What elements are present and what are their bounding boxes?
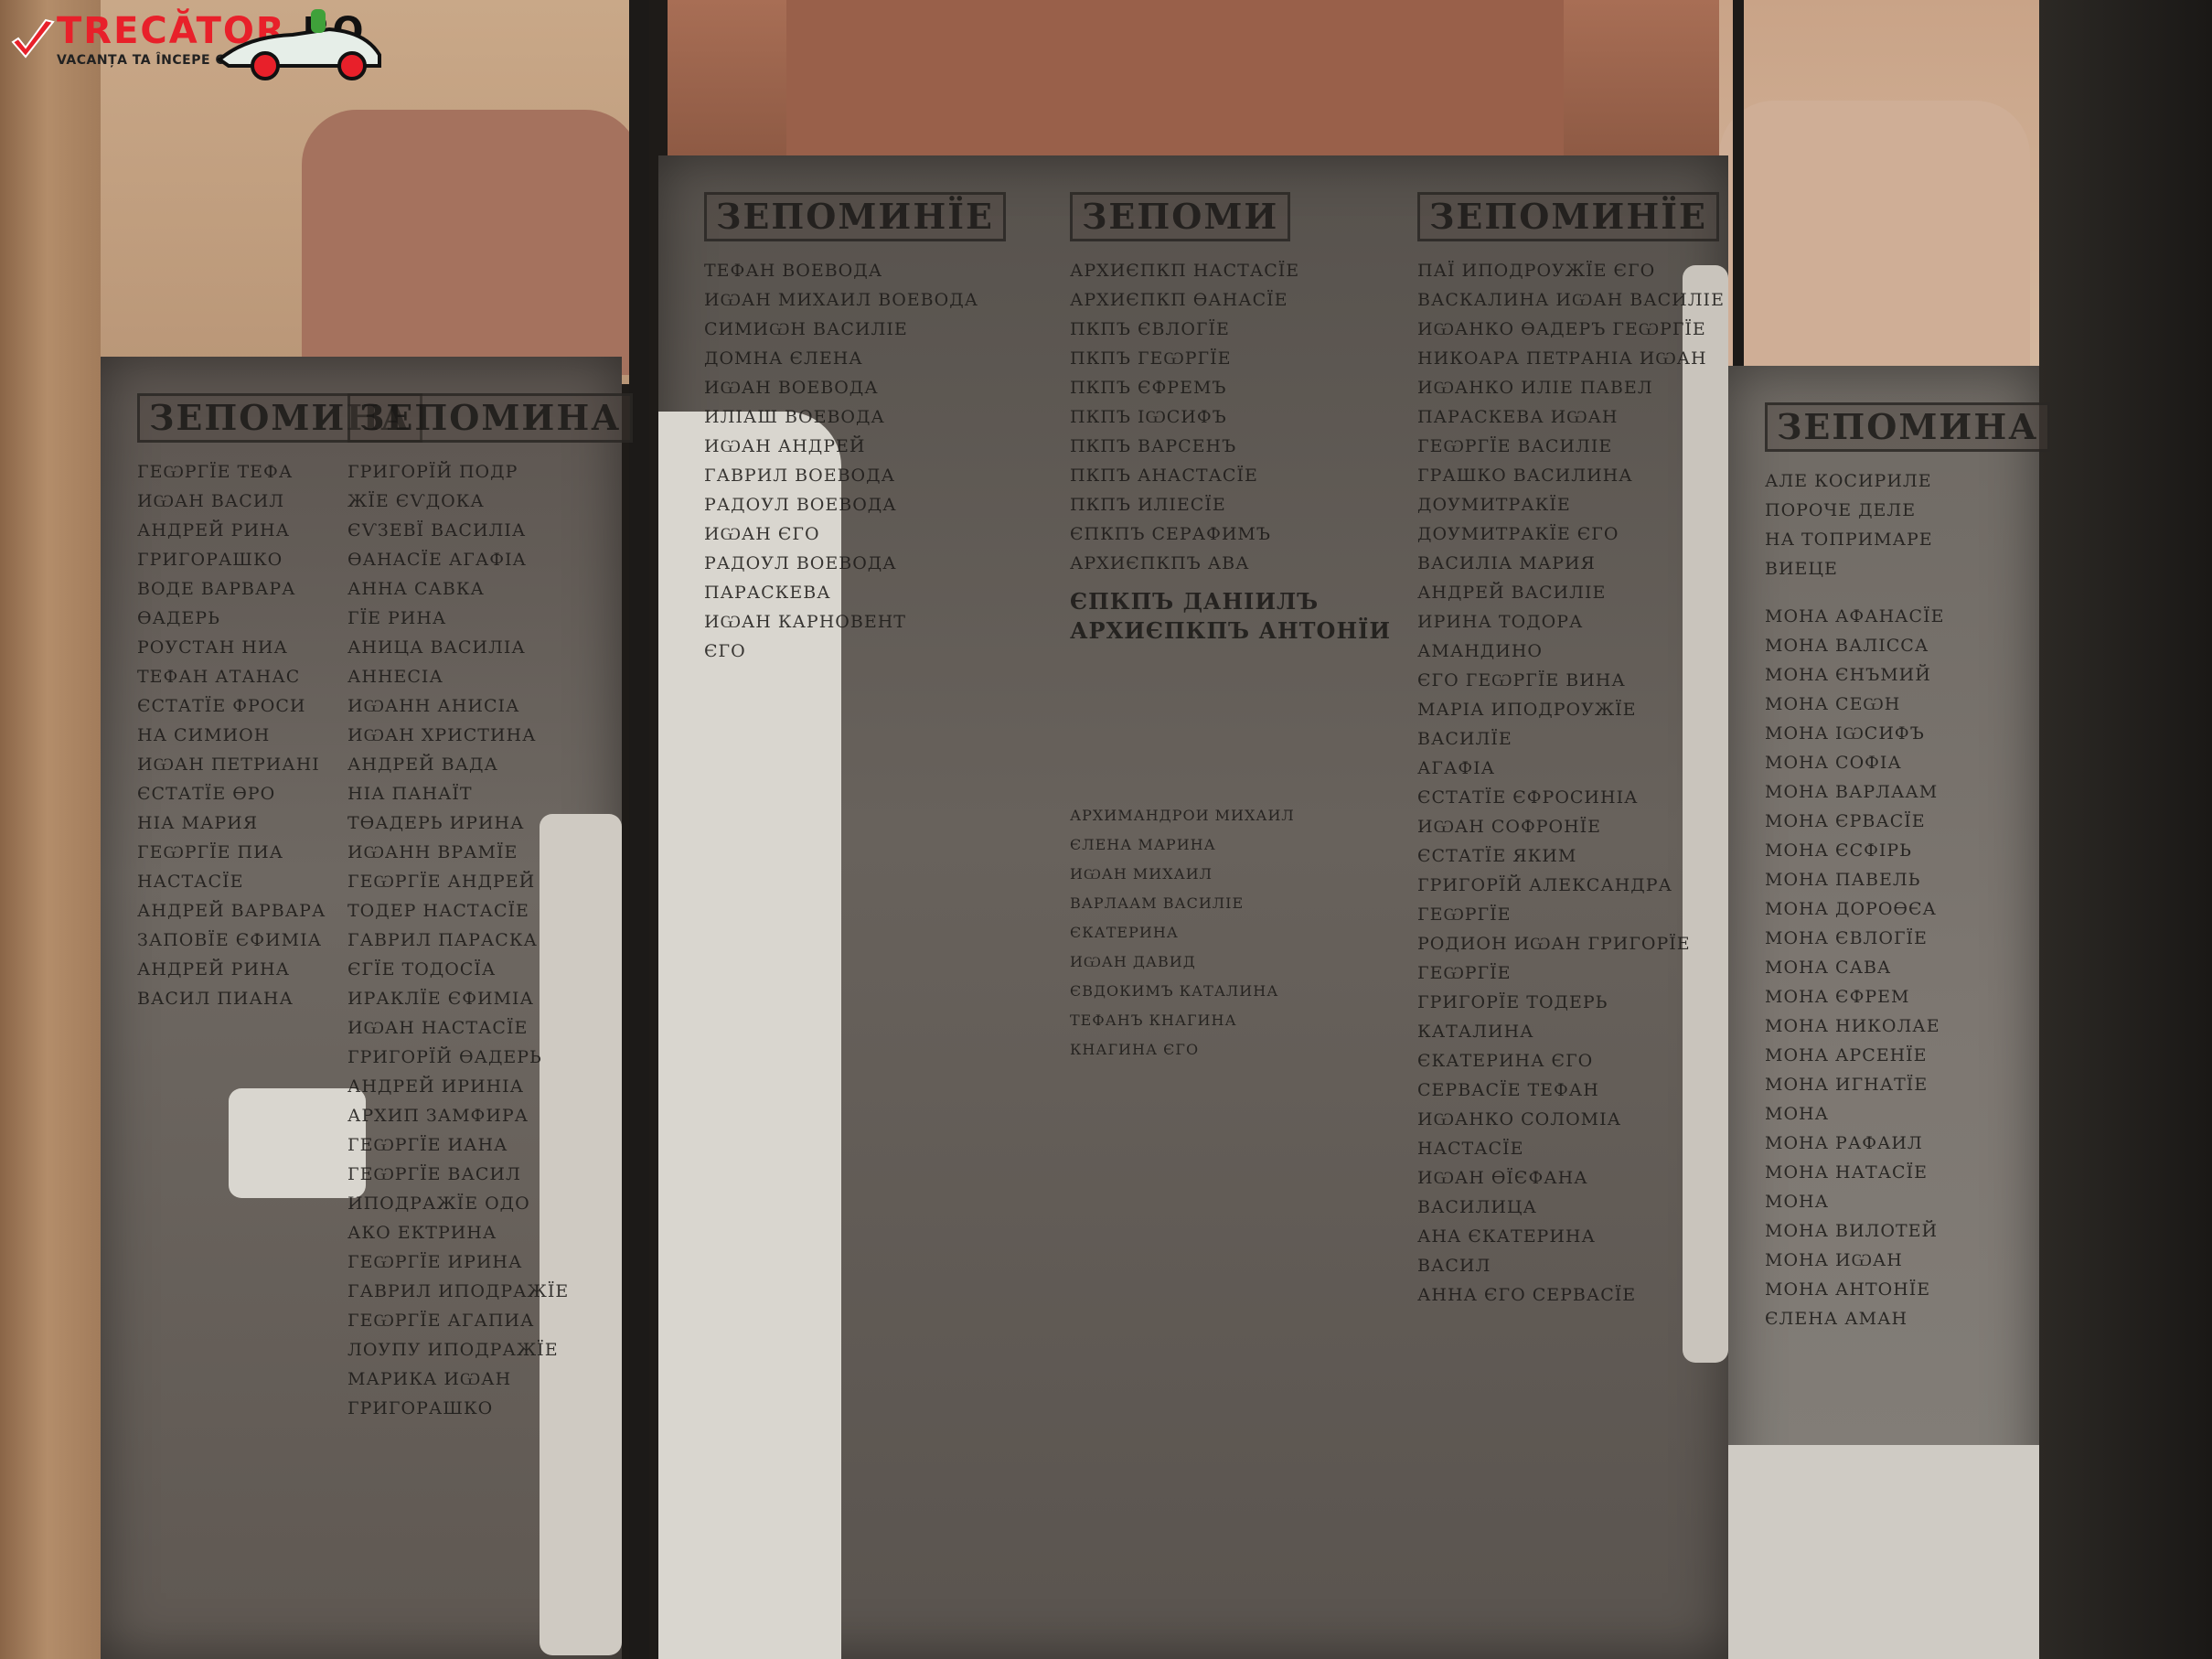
manuscript-line: ЄГО ГЕѠРГЇЕ ВИНА xyxy=(1417,666,1725,695)
manuscript-line: АНДРЕЙ ВАСИЛІЕ xyxy=(1417,578,1725,607)
manuscript-line: АЛЕ КОСИРИЛЕ xyxy=(1765,466,2050,496)
arch-ornament-center xyxy=(786,0,1564,155)
manuscript-line: АРХИМАНДРОИ МИХАИЛ xyxy=(1070,801,1391,830)
manuscript-line: СИМИѠН ВАСИЛІЕ xyxy=(704,315,1006,344)
manuscript-line: ИѠАНКО СОЛОМІА xyxy=(1417,1105,1725,1134)
manuscript-line: ГРИГОРЇЙ ѲАДЕРЬ xyxy=(347,1043,633,1072)
manuscript-line: МОНА АНТОНЇЕ xyxy=(1765,1275,2050,1304)
manuscript-line: ГЕѠРГЇЕ АНДРЕЙ xyxy=(347,867,633,896)
checkmark-icon xyxy=(9,16,57,64)
manuscript-line: АННЕСІА xyxy=(347,662,633,691)
manuscript-line: МОНА НАТАСЇЕ xyxy=(1765,1158,2050,1187)
manuscript-line: АРХИЄПКП НАСТАСЇЕ xyxy=(1070,256,1391,285)
manuscript-line: ЄВДОКИМЪ КАТАЛИНА xyxy=(1070,977,1391,1006)
manuscript-line: ЖЇЕ ЄѴДОКА xyxy=(347,487,633,516)
manuscript-line: ЄКАТЕРИНА xyxy=(1070,918,1391,947)
manuscript-line: ЄПКПЪ ДАНІИЛЪ xyxy=(1070,587,1391,616)
manuscript-line: МОНА ЄСФІРЬ xyxy=(1765,836,2050,865)
column-header: ЗЕПОМИНЇЕ xyxy=(1417,192,1719,241)
manuscript-line: СЕРВАСЇЕ ТЕФАН xyxy=(1417,1076,1725,1105)
manuscript-line: МОНА ЄРВАСЇЕ xyxy=(1765,807,2050,836)
manuscript-line: ГЕѠРГЇЕ xyxy=(1417,958,1725,988)
manuscript-line: ИѠАН НАСТАСЇЕ xyxy=(347,1013,633,1043)
manuscript-line: ИѠАН ѲЇЄФАНА xyxy=(1417,1163,1725,1193)
manuscript-line: КНАГИНА ЄГО xyxy=(1070,1035,1391,1065)
manuscript-line: ГЕѠРГЇЕ ВАСИЛІЕ xyxy=(1417,432,1725,461)
manuscript-line: ИѠАН МИХАИЛ ВОЕВОДА xyxy=(704,285,1006,315)
manuscript-line: АГАФІА xyxy=(1417,754,1725,783)
manuscript-line: МОНА ВАЛІССА xyxy=(1765,631,2050,660)
manuscript-line: ИѠАН ВОЕВОДА xyxy=(704,373,1006,402)
arch-ornament-left xyxy=(302,110,640,375)
manuscript-line: МОНА ЄНЪМИЙ xyxy=(1765,660,2050,690)
manuscript-line: ГЕѠРГЇЕ АГАПИА xyxy=(347,1306,633,1335)
manuscript-line: ТЕФАНЪ КНАГИНА xyxy=(1070,1006,1391,1035)
manuscript-line: РАДОУЛ ВОЕВОДА xyxy=(704,490,1006,519)
manuscript-line: МОНА СЕѠН xyxy=(1765,690,2050,719)
manuscript-line: АРХИЄПКП ѲАНАСЇЕ xyxy=(1070,285,1391,315)
manuscript-line: КАТАЛИНА xyxy=(1417,1017,1725,1046)
text-column-center-3: ЗЕПОМИНЇЕ ПАЇ ИПОДРОУЖЇЕ ЄГОВАСКАЛИНА ИѠ… xyxy=(1417,192,1725,1310)
manuscript-line: ИПОДРАЖЇЕ ОДО xyxy=(347,1189,633,1218)
paper-backing-bottom xyxy=(1728,1445,2039,1659)
manuscript-line: ИѠАН АНДРЕЙ xyxy=(704,432,1006,461)
manuscript-page-left: ЗЕПОМИНА ГЕѠРГЇЕ ТЕФАИѠАН ВАСИЛАНДРЕЙ РИ… xyxy=(101,357,622,1659)
manuscript-line: АРХИЄПКПЪ АНТОНЇИ xyxy=(1070,616,1391,646)
manuscript-line: ИѠАНКО ИЛІЕ ПАВЕЛ xyxy=(1417,373,1725,402)
manuscript-line: МОНА САВА xyxy=(1765,953,2050,982)
manuscript-line: ПКПЪ ІѠСИФЪ xyxy=(1070,402,1391,432)
text-column-left-b: ЗЕПОМИНА ГРИГОРЇЙ ПОДРЖЇЕ ЄѴДОКАЄѴЗЕВЇ В… xyxy=(347,393,633,1423)
manuscript-line: ИѠАН ДАВИД xyxy=(1070,947,1391,977)
manuscript-line: ГЕѠРГЇЕ ИРИНА xyxy=(347,1247,633,1277)
manuscript-line: ТЕФАН ВОЕВОДА xyxy=(704,256,1006,285)
manuscript-line: АКО ЕКТРИНА xyxy=(347,1218,633,1247)
manuscript-line: ЄГЇЕ ТОДОСЇА xyxy=(347,955,633,984)
manuscript-line: ВАСКАЛИНА ИѠАН ВАСИЛІЕ xyxy=(1417,285,1725,315)
manuscript-line: ИѠАНН АНИСІА xyxy=(347,691,633,721)
manuscript-line: ВИЕЦЕ xyxy=(1765,554,2050,583)
manuscript-line: ПАРАСКЕВА xyxy=(704,578,1006,607)
manuscript-line: МОНА ВИЛОТЕЙ xyxy=(1765,1216,2050,1246)
manuscript-line: ПКПЪ ВАРСЕНЪ xyxy=(1070,432,1391,461)
manuscript-line: ѲАНАСЇЕ АГАФІА xyxy=(347,545,633,574)
manuscript-line: ПАЇ ИПОДРОУЖЇЕ ЄГО xyxy=(1417,256,1725,285)
manuscript-line: ГРИГОРЇЙ АЛЕКСАНДРА xyxy=(1417,871,1725,900)
manuscript-line: ИРИНА ТОДОРА xyxy=(1417,607,1725,637)
manuscript-line: ГЕѠРГЇЕ ВАСИЛ xyxy=(347,1160,633,1189)
manuscript-line: ПКПЪ ГЕѠРГЇЕ xyxy=(1070,344,1391,373)
manuscript-line: АНА ЄКАТЕРИНА xyxy=(1417,1222,1725,1251)
manuscript-line: ИѠАН СОФРОНЇЕ xyxy=(1417,812,1725,841)
manuscript-line: ДОМНА ЄЛЕНА xyxy=(704,344,1006,373)
manuscript-line: ГРИГОРЇЕ ТОДЕРЬ xyxy=(1417,988,1725,1017)
manuscript-line: ИѠАНН ВРАМЇЕ xyxy=(347,838,633,867)
manuscript-line: МОНА СОФІА xyxy=(1765,748,2050,777)
column-header: ЗЕПОМИНА xyxy=(1765,402,2050,452)
manuscript-line: АНИЦА ВАСИЛІА xyxy=(347,633,633,662)
manuscript-line: МОНА АРСЕНЇЕ xyxy=(1765,1041,2050,1070)
manuscript-line: МОНА ПАВЕЛЬ xyxy=(1765,865,2050,894)
manuscript-line: ГРИГОРАШКО xyxy=(347,1394,633,1423)
manuscript-line: ЄГО xyxy=(704,637,1006,666)
manuscript-line: ГЕѠРГЇЕ ИАНА xyxy=(347,1130,633,1160)
column-header: ЗЕПОМИ xyxy=(1070,192,1290,241)
manuscript-line: МАРІА ИПОДРОУЖЇЕ xyxy=(1417,695,1725,724)
manuscript-line: ТОДЕР НАСТАСЇЕ xyxy=(347,896,633,926)
text-column-right: ЗЕПОМИНА АЛЕ КОСИРИЛЕПОРОЧЕ ДЕЛЕНА ТОПРИ… xyxy=(1765,402,2050,1333)
manuscript-line: МОНА ИѠАН xyxy=(1765,1246,2050,1275)
manuscript-line: ВАСИЛ xyxy=(1417,1251,1725,1280)
manuscript-line: АРХИЄПКПЪ АВА xyxy=(1070,549,1391,578)
manuscript-line: НІА ПАНАЇТ xyxy=(347,779,633,808)
manuscript-line: ИѠАНКО ѲАДЕРЪ ГЕѠРГЇЕ xyxy=(1417,315,1725,344)
manuscript-line: ПКПЪ ИЛІЕСЇЕ xyxy=(1070,490,1391,519)
manuscript-line: ЄЛЕНА МАРИНА xyxy=(1070,830,1391,860)
text-column-center-1: ЗЕПОМИНЇЕ ТЕФАН ВОЕВОДАИѠАН МИХАИЛ ВОЕВО… xyxy=(704,192,1006,666)
manuscript-line: ГЇЕ РИНА xyxy=(347,604,633,633)
manuscript-line: НАСТАСЇЕ xyxy=(1417,1134,1725,1163)
manuscript-line: МОНА ДОРОѲЄА xyxy=(1765,894,2050,924)
manuscript-line: РОДИОН ИѠАН ГРИГОРЇЕ xyxy=(1417,929,1725,958)
manuscript-line: ИРАКЛЇЕ ЄФИМІА xyxy=(347,984,633,1013)
manuscript-line: ЄЛЕНА АМАН xyxy=(1765,1304,2050,1333)
manuscript-line: ГРАШКО ВАСИЛИНА xyxy=(1417,461,1725,490)
manuscript-line: АННА ЄГО СЕРВАСЇЕ xyxy=(1417,1280,1725,1310)
column-header: ЗЕПОМИНЇЕ xyxy=(704,192,1006,241)
manuscript-line: ИѠАН ЄГО xyxy=(704,519,1006,549)
text-column-center-2: ЗЕПОМИ АРХИЄПКП НАСТАСЇЕАРХИЄПКП ѲАНАСЇЕ… xyxy=(1070,192,1391,1065)
manuscript-line: МОНА xyxy=(1765,1099,2050,1129)
manuscript-line: ПКПЪ АНАСТАСЇЕ xyxy=(1070,461,1391,490)
manuscript-page-right: ЗЕПОМИНА АЛЕ КОСИРИЛЕПОРОЧЕ ДЕЛЕНА ТОПРИ… xyxy=(1728,366,2039,1659)
manuscript-line: МОНА РАФАИЛ xyxy=(1765,1129,2050,1158)
column-header: ЗЕПОМИНА xyxy=(347,393,633,443)
glass-reflection-right xyxy=(2039,0,2212,1659)
manuscript-line: ПКПЪ ЄВЛОГЇЕ xyxy=(1070,315,1391,344)
manuscript-line: МОНА АФАНАСЇЕ xyxy=(1765,602,2050,631)
manuscript-line: ЄѴЗЕВЇ ВАСИЛІА xyxy=(347,516,633,545)
manuscript-line: МОНА ІѠСИФЪ xyxy=(1765,719,2050,748)
manuscript-line: ДОУМИТРАКЇЕ xyxy=(1417,490,1725,519)
manuscript-line: ПКПЪ ЄФРЕМЪ xyxy=(1070,373,1391,402)
manuscript-line: ЄКАТЕРИНА ЄГО xyxy=(1417,1046,1725,1076)
manuscript-line: ГРИГОРЇЙ ПОДР xyxy=(347,457,633,487)
manuscript-line: РАДОУЛ ВОЕВОДА xyxy=(704,549,1006,578)
manuscript-line: МОНА xyxy=(1765,1187,2050,1216)
manuscript-line: МАРИКА ИѠАН xyxy=(347,1365,633,1394)
manuscript-line: МОНА ЄВЛОГЇЕ xyxy=(1765,924,2050,953)
manuscript-line: АННА САВКА xyxy=(347,574,633,604)
manuscript-line: ГАВРИЛ ВОЕВОДА xyxy=(704,461,1006,490)
manuscript-line: ВАРЛААМ ВАСИЛІЕ xyxy=(1070,889,1391,918)
manuscript-line: ИѠАН ХРИСТИНА xyxy=(347,721,633,750)
manuscript-line: ЄПКПЪ СЕРАФИМЪ xyxy=(1070,519,1391,549)
manuscript-line: ПАРАСКЕВА ИѠАН xyxy=(1417,402,1725,432)
manuscript-line: НИКОАРА ПЕТРАНІА ИѠАН xyxy=(1417,344,1725,373)
paper-repair-patch xyxy=(229,1088,366,1198)
manuscript-line: АНДРЕЙ ВАДА xyxy=(347,750,633,779)
manuscript-line: НА ТОПРИМАРЕ xyxy=(1765,525,2050,554)
manuscript-line: ТѲАДЕРЬ ИРИНА xyxy=(347,808,633,838)
manuscript-line: МОНА ВАРЛААМ xyxy=(1765,777,2050,807)
manuscript-line: МОНА ИГНАТЇЕ xyxy=(1765,1070,2050,1099)
manuscript-line: ПОРОЧЕ ДЕЛЕ xyxy=(1765,496,2050,525)
manuscript-line: МОНА НИКОЛАЕ xyxy=(1765,1011,2050,1041)
manuscript-line: АРХИП ЗАМФИРА xyxy=(347,1101,633,1130)
manuscript-line: ИѠАН КАРНОВЕНТ xyxy=(704,607,1006,637)
manuscript-line: ЛОУПУ ИПОДРАЖЇЕ xyxy=(347,1335,633,1365)
manuscript-line: ГЕѠРГЇЕ xyxy=(1417,900,1725,929)
manuscript-line: АНДРЕЙ ИРИНІА xyxy=(347,1072,633,1101)
arch-ornament-right xyxy=(1719,101,2030,375)
manuscript-page-center: ЗЕПОМИНЇЕ ТЕФАН ВОЕВОДАИѠАН МИХАИЛ ВОЕВО… xyxy=(658,155,1728,1659)
manuscript-line: ВАСИЛИЦА xyxy=(1417,1193,1725,1222)
manuscript-line: ЄСТАТЇЕ ЯКИМ xyxy=(1417,841,1725,871)
manuscript-line: ДОУМИТРАКЇЕ ЄГО xyxy=(1417,519,1725,549)
car-mascot-icon xyxy=(210,9,393,82)
manuscript-line: ИЛІАШ ВОЕВОДА xyxy=(704,402,1006,432)
manuscript-line: ЄСТАТЇЕ ЄФРОСИНІА xyxy=(1417,783,1725,812)
manuscript-line: ИѠАН МИХАИЛ xyxy=(1070,860,1391,889)
manuscript-line: ГАВРИЛ ИПОДРАЖЇЕ xyxy=(347,1277,633,1306)
manuscript-line: ВАСИЛЇЕ xyxy=(1417,724,1725,754)
manuscript-line: ВАСИЛІА МАРИЯ xyxy=(1417,549,1725,578)
manuscript-line: МОНА ЄФРЕМ xyxy=(1765,982,2050,1011)
manuscript-line: АМАНДИНО xyxy=(1417,637,1725,666)
manuscript-line: ГАВРИЛ ПАРАСКА xyxy=(347,926,633,955)
